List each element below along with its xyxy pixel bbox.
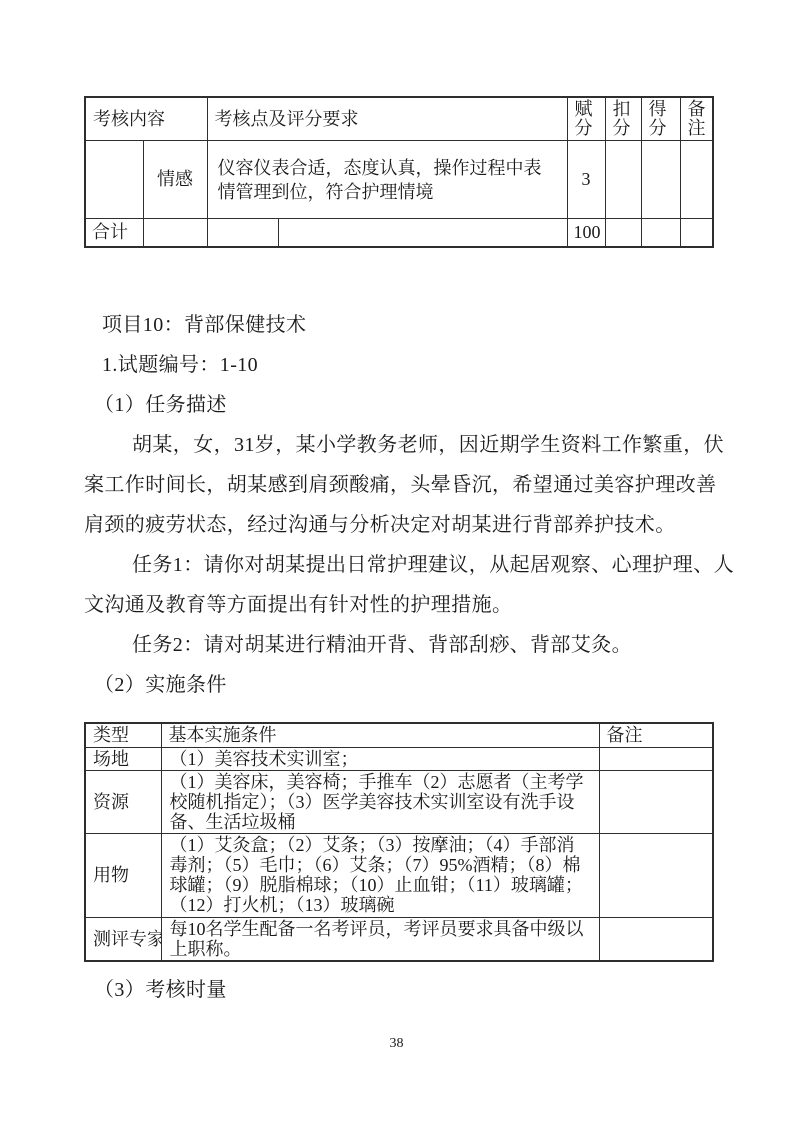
conditions-heading: （2）实施条件 xyxy=(84,665,716,705)
empty-cell xyxy=(143,219,207,247)
score-header-deduct: 扣分 xyxy=(605,97,641,141)
description-line: 案工作时间长，胡某感到肩颈酸痛，头晕昏沉，希望通过美容护理改善 xyxy=(84,465,716,505)
conditions-row-supplies: 用物 （1）艾灸盒；（2）艾条；（3）按摩油；（4）手部消毒剂；（5）毛巾；（6… xyxy=(85,833,713,917)
conditions-header-remark: 备注 xyxy=(599,723,713,747)
condition-text: 每10名学生配备一名考评员，考评员要求具备中级以上职称。 xyxy=(161,917,599,961)
conditions-header-row: 类型 基本实施条件 备注 xyxy=(85,723,713,747)
page-number: 38 xyxy=(0,1036,793,1052)
document-page: 考核内容 考核点及评分要求 赋分 扣分 得分 备注 情感 仪容仪表合适，态度认真… xyxy=(0,0,793,1122)
condition-type: 资源 xyxy=(85,770,161,833)
empty-cell xyxy=(599,747,713,770)
empty-cell xyxy=(605,219,641,247)
empty-cell xyxy=(85,141,143,219)
conditions-row-site: 场地 （1）美容技术实训室； xyxy=(85,747,713,770)
conditions-row-resource: 资源 （1）美容床，美容椅；手推车（2）志愿者（主考学校随机指定）；（3）医学美… xyxy=(85,770,713,833)
score-header-gain: 得分 xyxy=(641,97,680,141)
time-heading: （3）考核时量 xyxy=(84,970,716,1010)
empty-cell xyxy=(641,219,680,247)
body-text: 项目10：背部保健技术 1.试题编号：1-10 （1）任务描述 胡某，女，31岁… xyxy=(84,305,716,705)
emotion-assigned-score: 3 xyxy=(567,141,605,219)
score-header-criteria: 考核点及评分要求 xyxy=(207,97,567,141)
condition-type: 用物 xyxy=(85,833,161,917)
conditions-header-condition: 基本实施条件 xyxy=(161,723,599,747)
empty-cell xyxy=(641,141,680,219)
condition-type: 测评专家 xyxy=(85,917,161,961)
task-description-heading: （1）任务描述 xyxy=(84,385,716,425)
task1-line: 文沟通及教育等方面提出有针对性的护理措施。 xyxy=(84,585,716,625)
empty-cell xyxy=(207,219,278,247)
empty-cell xyxy=(680,141,713,219)
total-label: 合计 xyxy=(85,219,143,247)
question-number: 1.试题编号：1-10 xyxy=(84,345,716,385)
description-line: 肩颈的疲劳状态，经过沟通与分析决定对胡某进行背部养护技术。 xyxy=(84,505,716,545)
score-header-remark: 备注 xyxy=(680,97,713,141)
score-table-header-row: 考核内容 考核点及评分要求 赋分 扣分 得分 备注 xyxy=(85,97,713,141)
task1-line: 任务1：请你对胡某提出日常护理建议，从起居观察、心理护理、人 xyxy=(84,545,716,585)
total-assigned-score: 100 xyxy=(567,219,605,247)
score-table-emotion-row: 情感 仪容仪表合适，态度认真，操作过程中表情管理到位，符合护理情境 3 xyxy=(85,141,713,219)
score-header-content: 考核内容 xyxy=(85,97,207,141)
conditions-header-type: 类型 xyxy=(85,723,161,747)
task2-line: 任务2：请对胡某进行精油开背、背部刮痧、背部艾灸。 xyxy=(84,625,716,665)
empty-cell xyxy=(605,141,641,219)
project-title: 项目10：背部保健技术 xyxy=(84,305,716,345)
conditions-table: 类型 基本实施条件 备注 场地 （1）美容技术实训室； 资源 （1）美容床，美容… xyxy=(84,722,714,962)
empty-cell xyxy=(680,219,713,247)
empty-cell xyxy=(599,833,713,917)
emotion-category: 情感 xyxy=(143,141,207,219)
description-line: 胡某，女，31岁，某小学教务老师，因近期学生资料工作繁重，伏 xyxy=(84,425,716,465)
condition-type: 场地 xyxy=(85,747,161,770)
score-header-assign: 赋分 xyxy=(567,97,605,141)
condition-text: （1）美容技术实训室； xyxy=(161,747,599,770)
empty-cell xyxy=(599,770,713,833)
condition-text: （1）美容床，美容椅；手推车（2）志愿者（主考学校随机指定）；（3）医学美容技术… xyxy=(161,770,599,833)
score-table-total-row: 合计 100 xyxy=(85,219,713,247)
empty-cell xyxy=(599,917,713,961)
conditions-row-expert: 测评专家 每10名学生配备一名考评员，考评员要求具备中级以上职称。 xyxy=(85,917,713,961)
emotion-criteria: 仪容仪表合适，态度认真，操作过程中表情管理到位，符合护理情境 xyxy=(207,141,567,219)
condition-text: （1）艾灸盒；（2）艾条；（3）按摩油；（4）手部消毒剂；（5）毛巾；（6）艾条… xyxy=(161,833,599,917)
score-table: 考核内容 考核点及评分要求 赋分 扣分 得分 备注 情感 仪容仪表合适，态度认真… xyxy=(84,96,714,248)
empty-cell xyxy=(278,219,567,247)
